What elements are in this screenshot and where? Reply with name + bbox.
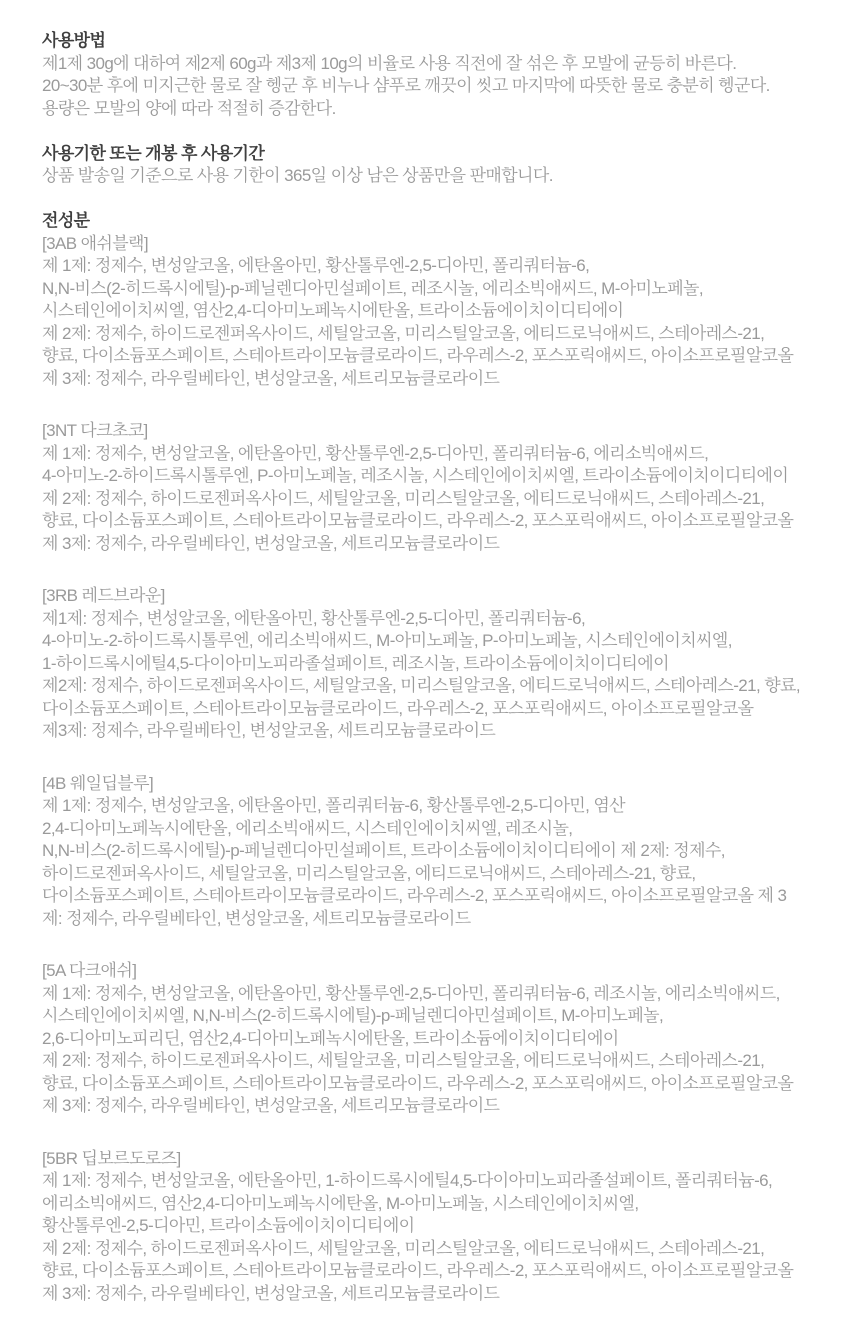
ingredient-line: N,N-비스(2-히드록시에틸)-p-페닐렌디아민설페이트, 트라이소듐에이치이… xyxy=(42,840,850,863)
expiry-line: 상품 발송일 기준으로 사용 기한이 365일 이상 남은 상품만을 판매합니다… xyxy=(42,165,850,188)
ingredient-line: 제: 정제수, 라우릴베타인, 변성알코올, 세트리모늄클로라이드 xyxy=(42,908,850,931)
ingredient-line: 다이소듐포스페이트, 스테아트라이모늄클로라이드, 라우레스-2, 포스포릭애씨… xyxy=(42,698,850,721)
ingredient-line: 제1제: 정제수, 변성알코올, 에탄올아민, 황산톨루엔-2,5-디아민, 폴… xyxy=(42,608,850,631)
ingredient-line: N,N-비스(2-히드록시에틸)-p-페닐렌디아민설페이트, 레조시놀, 에리소… xyxy=(42,278,850,301)
ingredient-line: 2,6-디아미노피리딘, 염산2,4-디아미노페녹시에탄올, 트라이소듐에이치이… xyxy=(42,1028,850,1051)
product-name: [3AB 애쉬블랙] xyxy=(42,233,850,256)
ingredient-line: 제 2제: 정제수, 하이드로젠퍼옥사이드, 세틸알코올, 미리스틸알코올, 에… xyxy=(42,1050,850,1073)
product-name: [5BR 딥보르도로즈] xyxy=(42,1148,850,1171)
expiry-section: 사용기한 또는 개봉 후 사용기간 상품 발송일 기준으로 사용 기한이 365… xyxy=(42,143,850,188)
ingredient-line: 4-아미노-2-하이드록시톨루엔, P-아미노페놀, 레조시놀, 시스테인에이치… xyxy=(42,465,850,488)
ingredient-line: 제 1제: 정제수, 변성알코올, 에탄올아민, 1-하이드록시에틸4,5-다이… xyxy=(42,1170,850,1193)
ingredients-title: 전성분 xyxy=(42,210,850,233)
ingredient-line: 다이소듐포스페이트, 스테아트라이모늄클로라이드, 라우레스-2, 포스포릭애씨… xyxy=(42,885,850,908)
ingredient-line: 제 3제: 정제수, 라우릴베타인, 변성알코올, 세트리모늄클로라이드 xyxy=(42,368,850,391)
ingredient-line: 제 2제: 정제수, 하이드로젠퍼옥사이드, 세틸알코올, 미리스틸알코올, 에… xyxy=(42,488,850,511)
ingredient-line: 제 2제: 정제수, 하이드로젠퍼옥사이드, 세틸알코올, 미리스틸알코올, 에… xyxy=(42,1238,850,1261)
usage-line: 용량은 모발의 양에 따라 적절히 증감한다. xyxy=(42,98,850,121)
product-5br-deep-bordeaux-rose: [5BR 딥보르도로즈] 제 1제: 정제수, 변성알코올, 에탄올아민, 1-… xyxy=(42,1148,850,1306)
ingredient-line: 향료, 다이소듐포스페이트, 스테아트라이모늄클로라이드, 라우레스-2, 포스… xyxy=(42,345,850,368)
product-3nt-dark-choco: [3NT 다크초코] 제 1제: 정제수, 변성알코올, 에탄올아민, 황산톨루… xyxy=(42,420,850,555)
ingredient-line: 제3제: 정제수, 라우릴베타인, 변성알코올, 세트리모늄클로라이드 xyxy=(42,720,850,743)
ingredient-line: 제 3제: 정제수, 라우릴베타인, 변성알코올, 세트리모늄클로라이드 xyxy=(42,533,850,556)
ingredient-line: 2,4-디아미노페녹시에탄올, 에리소빅애씨드, 시스테인에이치씨엘, 레조시놀… xyxy=(42,818,850,841)
ingredient-line: 제 3제: 정제수, 라우릴베타인, 변성알코올, 세트리모늄클로라이드 xyxy=(42,1095,850,1118)
ingredient-line: 제 1제: 정제수, 변성알코올, 에탄올아민, 황산톨루엔-2,5-디아민, … xyxy=(42,255,850,278)
product-5a-dark-ash: [5A 다크애쉬] 제 1제: 정제수, 변성알코올, 에탄올아민, 황산톨루엔… xyxy=(42,960,850,1118)
ingredient-line: 4-아미노-2-하이드록시톨루엔, 에리소빅애씨드, M-아미노페놀, P-아미… xyxy=(42,630,850,653)
ingredient-line: 제 1제: 정제수, 변성알코올, 에탄올아민, 황산톨루엔-2,5-디아민, … xyxy=(42,983,850,1006)
product-name: [5A 다크애쉬] xyxy=(42,960,850,983)
product-3rb-red-brown: [3RB 레드브라운] 제1제: 정제수, 변성알코올, 에탄올아민, 황산톨루… xyxy=(42,585,850,743)
ingredient-line: 향료, 다이소듐포스페이트, 스테아트라이모늄클로라이드, 라우레스-2, 포스… xyxy=(42,510,850,533)
ingredient-line: 향료, 다이소듐포스페이트, 스테아트라이모늄클로라이드, 라우레스-2, 포스… xyxy=(42,1260,850,1283)
expiry-title: 사용기한 또는 개봉 후 사용기간 xyxy=(42,143,850,166)
ingredient-line: 시스테인에이치씨엘, 염산2,4-디아미노페녹시에탄올, 트라이소듐에이치이디티… xyxy=(42,300,850,323)
product-name: [3RB 레드브라운] xyxy=(42,585,850,608)
ingredient-line: 황산톨루엔-2,5-디아민, 트라이소듐에이치이디티에이 xyxy=(42,1215,850,1238)
ingredient-line: 에리소빅애씨드, 염산2,4-디아미노페녹시에탄올, M-아미노페놀, 시스테인… xyxy=(42,1193,850,1216)
ingredient-line: 제 2제: 정제수, 하이드로젠퍼옥사이드, 세틸알코올, 미리스틸알코올, 에… xyxy=(42,323,850,346)
usage-line: 20~30분 후에 미지근한 물로 잘 헹군 후 비누나 샴푸로 깨끗이 씻고 … xyxy=(42,75,850,98)
ingredient-line: 1-하이드록시에틸4,5-다이아미노피라졸설페이트, 레조시놀, 트라이소듐에이… xyxy=(42,653,850,676)
ingredient-line: 제2제: 정제수, 하이드로젠퍼옥사이드, 세틸알코올, 미리스틸알코올, 에티… xyxy=(42,675,850,698)
ingredient-line: 제 1제: 정제수, 변성알코올, 에탄올아민, 폴리쿼터늄-6, 황산톨루엔-… xyxy=(42,795,850,818)
ingredient-line: 제 3제: 정제수, 라우릴베타인, 변성알코올, 세트리모늄클로라이드 xyxy=(42,1283,850,1306)
ingredient-line: 하이드로젠퍼옥사이드, 세틸알코올, 미리스틸알코올, 에티드로닉애씨드, 스테… xyxy=(42,863,850,886)
product-detail-page: 사용방법 제1제 30g에 대하여 제2제 60g과 제3제 10g의 비율로 … xyxy=(0,0,860,1318)
usage-line: 제1제 30g에 대하여 제2제 60g과 제3제 10g의 비율로 사용 직전… xyxy=(42,53,850,76)
ingredient-line: 제 1제: 정제수, 변성알코올, 에탄올아민, 황산톨루엔-2,5-디아민, … xyxy=(42,443,850,466)
product-4b-whale-deep-blue: [4B 웨일딥블루] 제 1제: 정제수, 변성알코올, 에탄올아민, 폴리쿼터… xyxy=(42,773,850,931)
ingredient-line: 향료, 다이소듐포스페이트, 스테아트라이모늄클로라이드, 라우레스-2, 포스… xyxy=(42,1073,850,1096)
usage-title: 사용방법 xyxy=(42,30,850,53)
product-name: [3NT 다크초코] xyxy=(42,420,850,443)
usage-section: 사용방법 제1제 30g에 대하여 제2제 60g과 제3제 10g의 비율로 … xyxy=(42,30,850,120)
product-name: [4B 웨일딥블루] xyxy=(42,773,850,796)
product-3ab-ash-black: [3AB 애쉬블랙] 제 1제: 정제수, 변성알코올, 에탄올아민, 황산톨루… xyxy=(42,233,850,391)
ingredients-section: 전성분 [3AB 애쉬블랙] 제 1제: 정제수, 변성알코올, 에탄올아민, … xyxy=(42,210,850,1305)
ingredient-line: 시스테인에이치씨엘, N,N-비스(2-히드록시에틸)-p-페닐렌디아민설페이트… xyxy=(42,1005,850,1028)
